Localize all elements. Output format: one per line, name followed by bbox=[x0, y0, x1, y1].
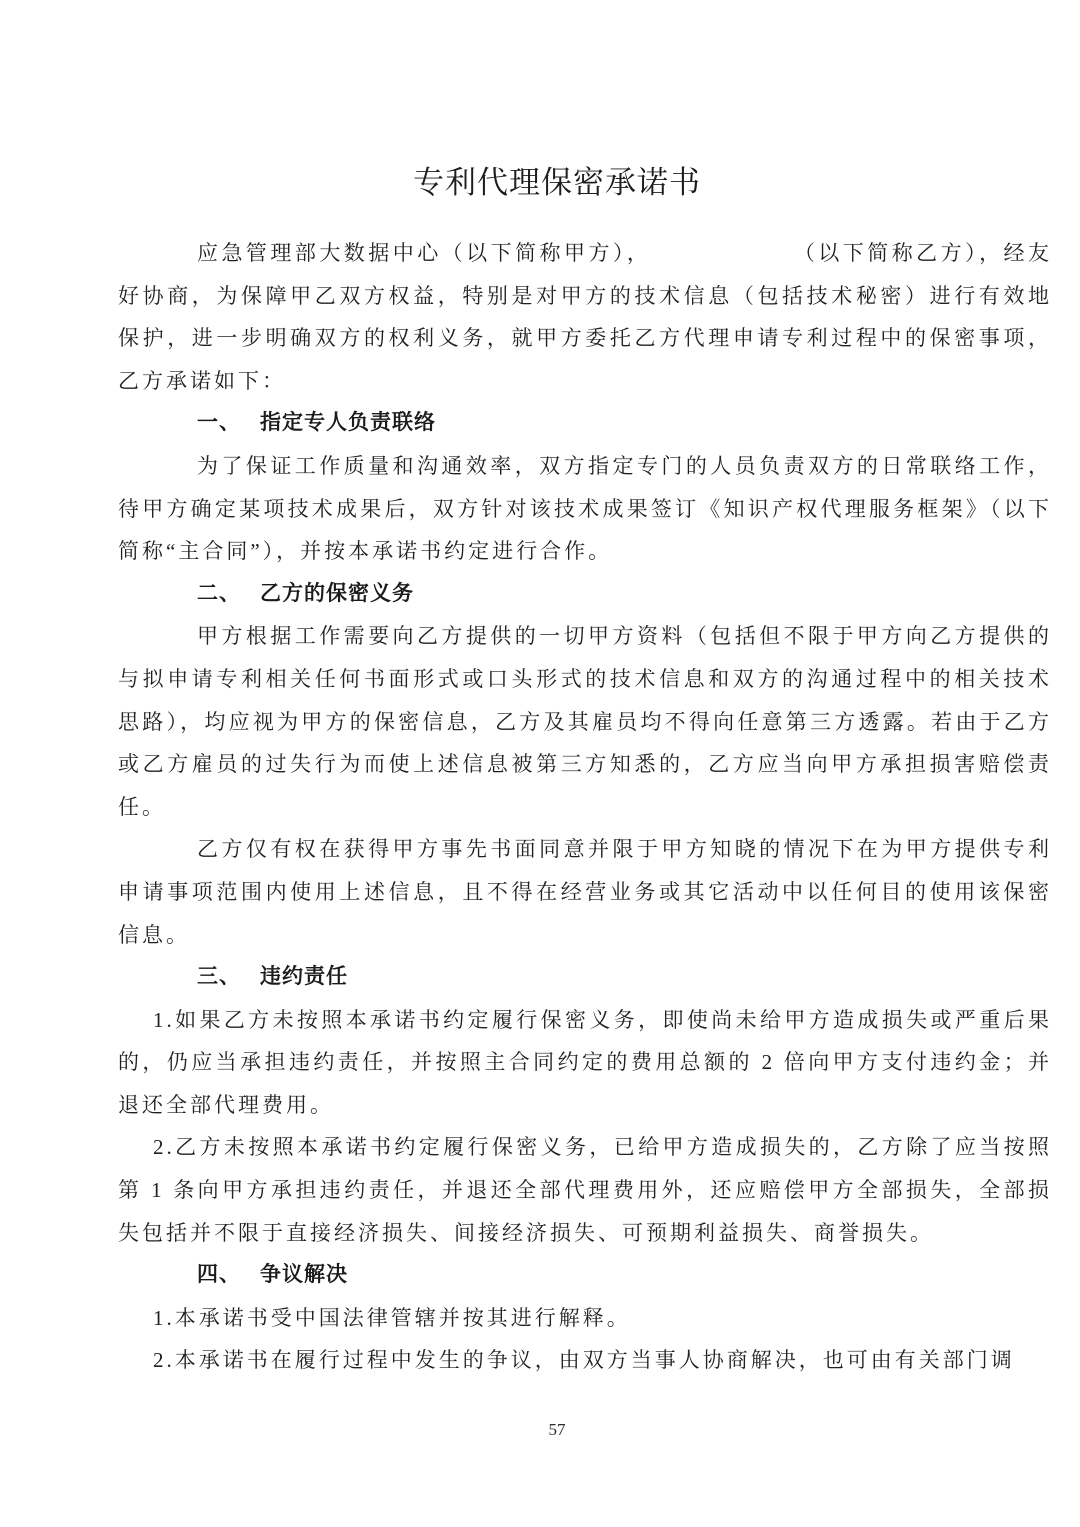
section-2-paragraph-1: 甲方根据工作需要向乙方提供的一切甲方资料（包括但不限于甲方向乙方提供的与拟申请专… bbox=[118, 615, 1052, 828]
section-4-paragraph-2: 2.本承诺书在履行过程中发生的争议，由双方当事人协商解决，也可由有关部门调 bbox=[118, 1339, 1052, 1382]
section-2-paragraph-2: 乙方仅有权在获得甲方事先书面同意并限于甲方知晓的情况下在为甲方提供专利申请事项范… bbox=[118, 828, 1052, 956]
section-1-paragraph-1: 为了保证工作质量和沟通效率，双方指定专门的人员负责双方的日常联络工作，待甲方确定… bbox=[118, 445, 1052, 573]
page-number: 57 bbox=[549, 1420, 566, 1439]
section-4-title: 争议解决 bbox=[260, 1263, 348, 1286]
section-3-title: 违约责任 bbox=[260, 965, 348, 988]
section-1-title: 指定专人负责联络 bbox=[260, 411, 436, 434]
page-footer: 57 bbox=[118, 1418, 996, 1442]
document-title: 专利代理保密承诺书 bbox=[118, 161, 996, 205]
document-content: 专利代理保密承诺书 应急管理部大数据中心（以下简称甲方），（以下简称乙方），经友… bbox=[118, 0, 1052, 1442]
section-1-number: 一、 bbox=[197, 402, 241, 445]
document-page: 专利代理保密承诺书 应急管理部大数据中心（以下简称甲方），（以下简称乙方），经友… bbox=[0, 0, 1080, 1527]
section-1-heading: 一、指定专人负责联络 bbox=[118, 402, 1052, 445]
section-3-paragraph-1: 1.如果乙方未按照本承诺书约定履行保密义务，即使尚未给甲方造成损失或严重后果的，… bbox=[118, 999, 1052, 1127]
party-a-clause: 应急管理部大数据中心（以下简称甲方）， bbox=[197, 241, 651, 265]
section-2-number: 二、 bbox=[197, 573, 241, 616]
intro-paragraph: 应急管理部大数据中心（以下简称甲方），（以下简称乙方），经友好协商，为保障甲乙双… bbox=[118, 232, 1052, 402]
section-3-number: 三、 bbox=[197, 956, 241, 999]
section-3-heading: 三、违约责任 bbox=[118, 956, 1052, 999]
section-2-heading: 二、乙方的保密义务 bbox=[118, 573, 1052, 616]
section-2-title: 乙方的保密义务 bbox=[260, 582, 414, 605]
section-4-number: 四、 bbox=[197, 1254, 241, 1297]
party-b-name-blank bbox=[651, 259, 793, 260]
section-4-paragraph-1: 1.本承诺书受中国法律管辖并按其进行解释。 bbox=[118, 1297, 1052, 1340]
section-3-paragraph-2: 2.乙方未按照本承诺书约定履行保密义务，已给甲方造成损失的，乙方除了应当按照第 … bbox=[118, 1126, 1052, 1254]
section-4-heading: 四、争议解决 bbox=[118, 1254, 1052, 1297]
